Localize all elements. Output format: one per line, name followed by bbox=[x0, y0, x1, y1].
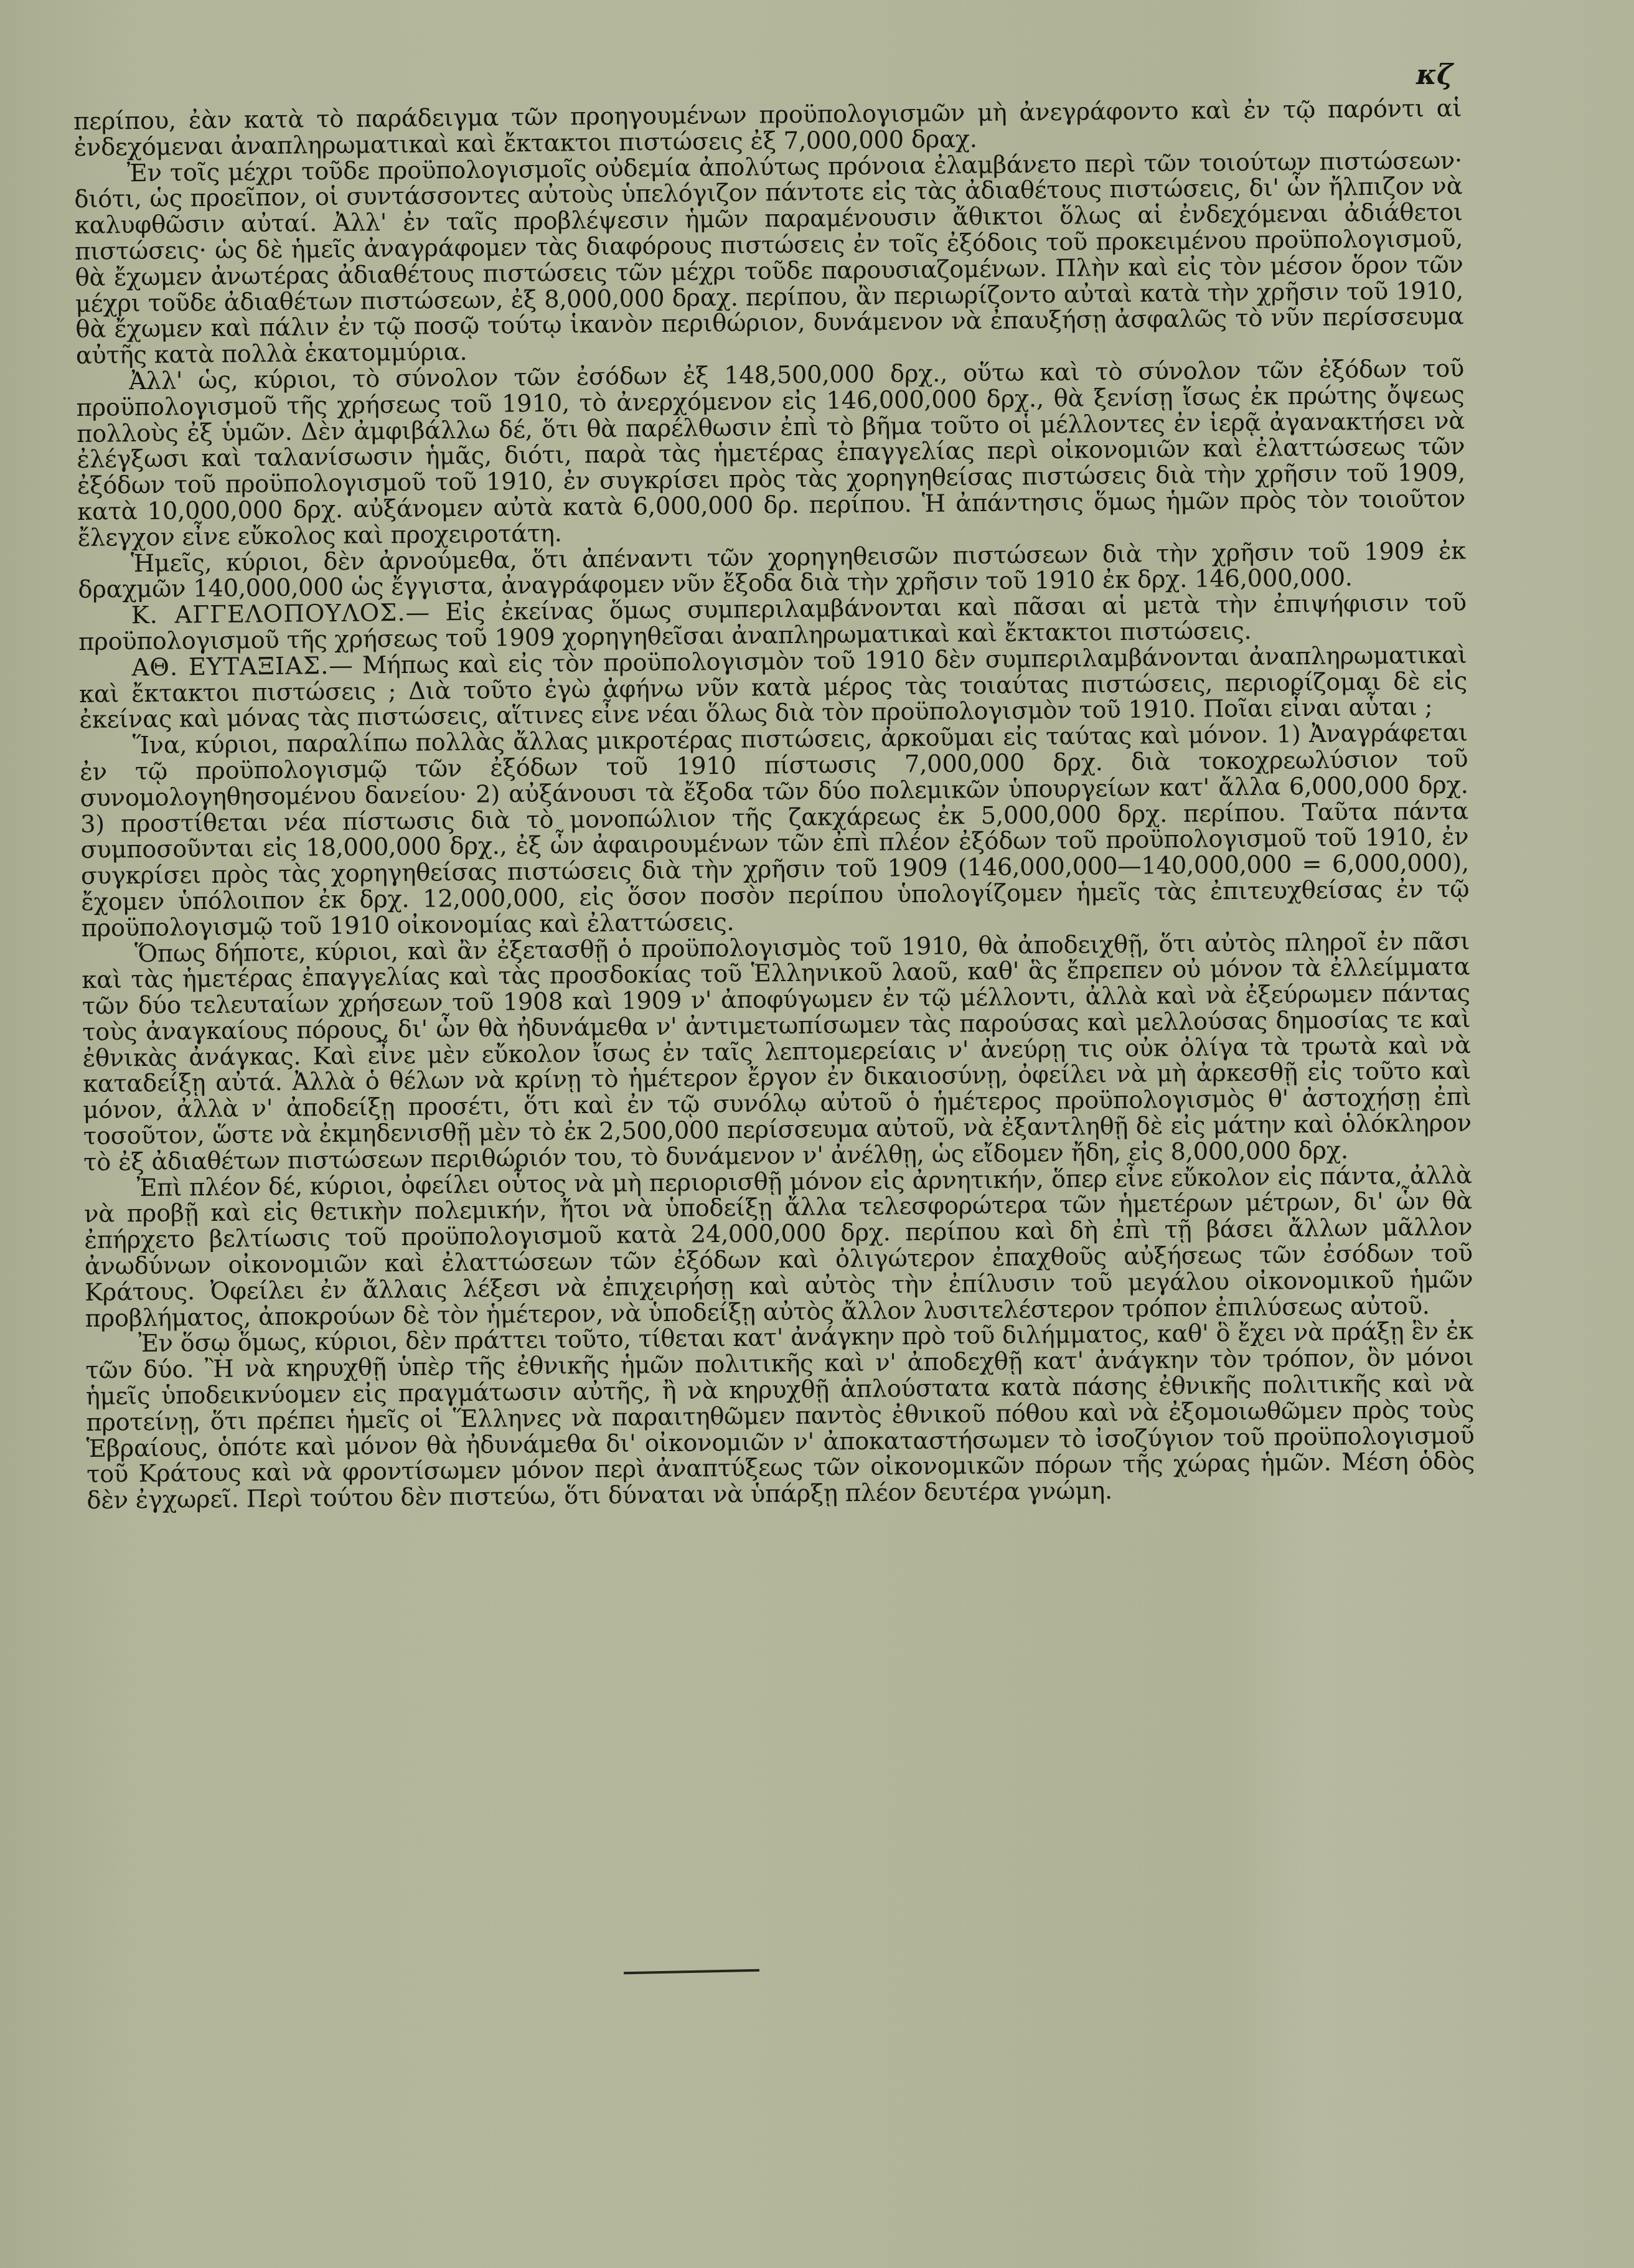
paragraph-budget-fulfills: Ὅπως δήποτε, κύριοι, καὶ ἂν ἐξετασθῇ ὁ π… bbox=[82, 928, 1472, 1176]
paragraph-provisions: Ἐν τοῖς μέχρι τοῦδε προϋπολογισμοῖς οὐδε… bbox=[74, 148, 1464, 369]
section-end-rule bbox=[624, 1969, 759, 1975]
page-number: κζ bbox=[1416, 59, 1453, 91]
paragraph-positive-polemic: Ἐπὶ πλέον δέ, κύριοι, ὀφείλει οὗτος νὰ μ… bbox=[83, 1162, 1473, 1332]
paragraph-totals: Ἀλλ' ὡς, κύριοι, τὸ σύνολον τῶν ἐσόδων ἐ… bbox=[76, 356, 1466, 552]
speaker-name: ΑΘ. ΕΥΤΑΞΙΑΣ. bbox=[131, 652, 329, 682]
paragraph-reply-eftaxias: ΑΘ. ΕΥΤΑΞΙΑΣ.— Μήπως καὶ εἰς τὸν προϋπολ… bbox=[78, 642, 1467, 733]
document-body: περίπου, ἐὰν κατὰ τὸ παράδειγμα τῶν προη… bbox=[73, 96, 1475, 1514]
paragraph-new-credits: Ἵνα, κύριοι, παραλίπω πολλὰς ἄλλας μικρο… bbox=[80, 720, 1470, 942]
paragraph-dilemma: Ἐν ὅσῳ ὅμως, κύριοι, δὲν πράττει τοῦτο, … bbox=[85, 1319, 1475, 1514]
